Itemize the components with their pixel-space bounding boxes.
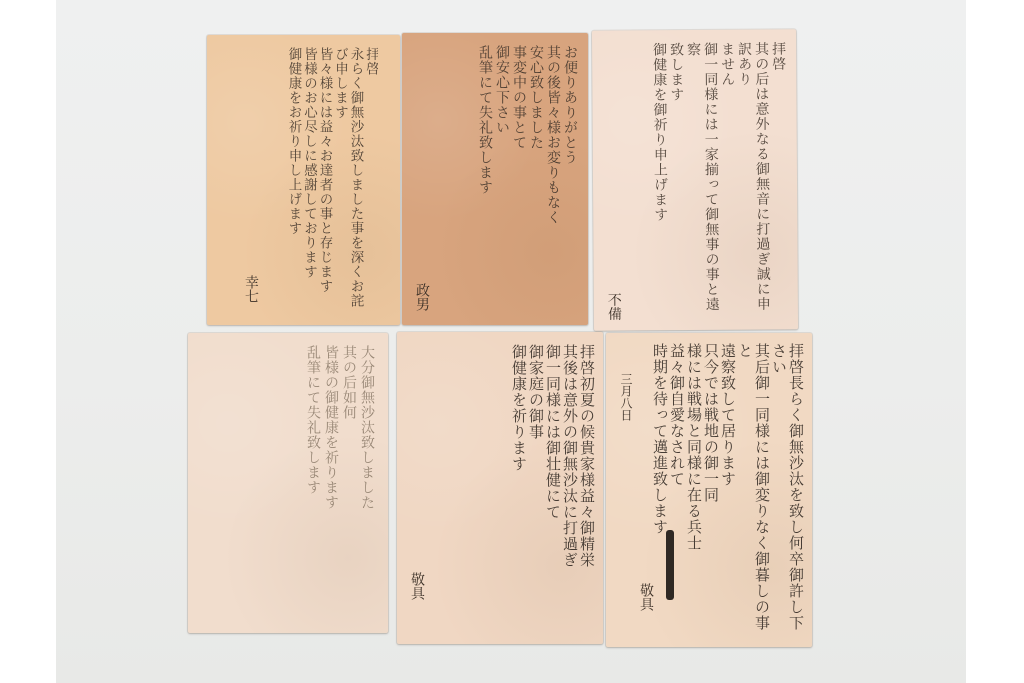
postcard-signature: 敬具: [636, 583, 656, 611]
postcard-top-right: 拝啓 其の后は意外なる御無音に打過ぎ誠に申訳あり ません 御一同様には一家揃って…: [592, 29, 798, 330]
postcard-handwritten-text: 拝啓初夏の候貴家様益々御精栄 其後は意外の御無沙汰に打過ぎ 御一同様には御壮健に…: [433, 344, 595, 630]
postcard-top-center: お便りありがとう 其の後皆々様お変りもなく 安心致しました 事変中の事とて 御安…: [402, 33, 588, 325]
postcard-signature: 不備: [604, 292, 624, 320]
postcard-signature: 幸七: [241, 275, 261, 303]
postcard-date: 三月八日: [618, 373, 635, 421]
postcard-signature: 政男: [412, 283, 432, 311]
ink-correction-mark: [666, 530, 674, 600]
postcard-handwritten-text: 拝啓 其の后は意外なる御無音に打過ぎ誠に申訳あり ません 御一同様には一家揃って…: [622, 41, 788, 316]
postcard-handwritten-text: 拝啓 永らく御無沙汰致しました事を深くお詫び申します 皆々様には益々お達者の事と…: [267, 47, 378, 311]
postcard-bottom-left: 大分御無沙汰致しました 其の后如何 皆様の御健康を祈ります 乱筆にて失礼致します: [188, 333, 388, 633]
postcard-handwritten-text: お便りありがとう 其の後皆々様お変りもなく 安心致しました 事変中の事とて 御安…: [446, 45, 578, 311]
postcard-bottom-center: 拝啓初夏の候貴家様益々御精栄 其後は意外の御無沙汰に打過ぎ 御一同様には御壮健に…: [397, 332, 603, 644]
postcard-top-left: 拝啓 永らく御無沙汰致しました事を深くお詫び申します 皆々様には益々お達者の事と…: [207, 35, 400, 325]
postcard-handwritten-text: 大分御無沙汰致しました 其の后如何 皆様の御健康を祈ります 乱筆にて失礼致します: [202, 345, 376, 619]
postcard-bottom-right: 拝啓長らく御無沙汰を致し何卒御許し下さい 其后御一同様には御変りなく御暮しの事と…: [606, 333, 812, 647]
postcard-signature: 敬具: [407, 572, 427, 600]
